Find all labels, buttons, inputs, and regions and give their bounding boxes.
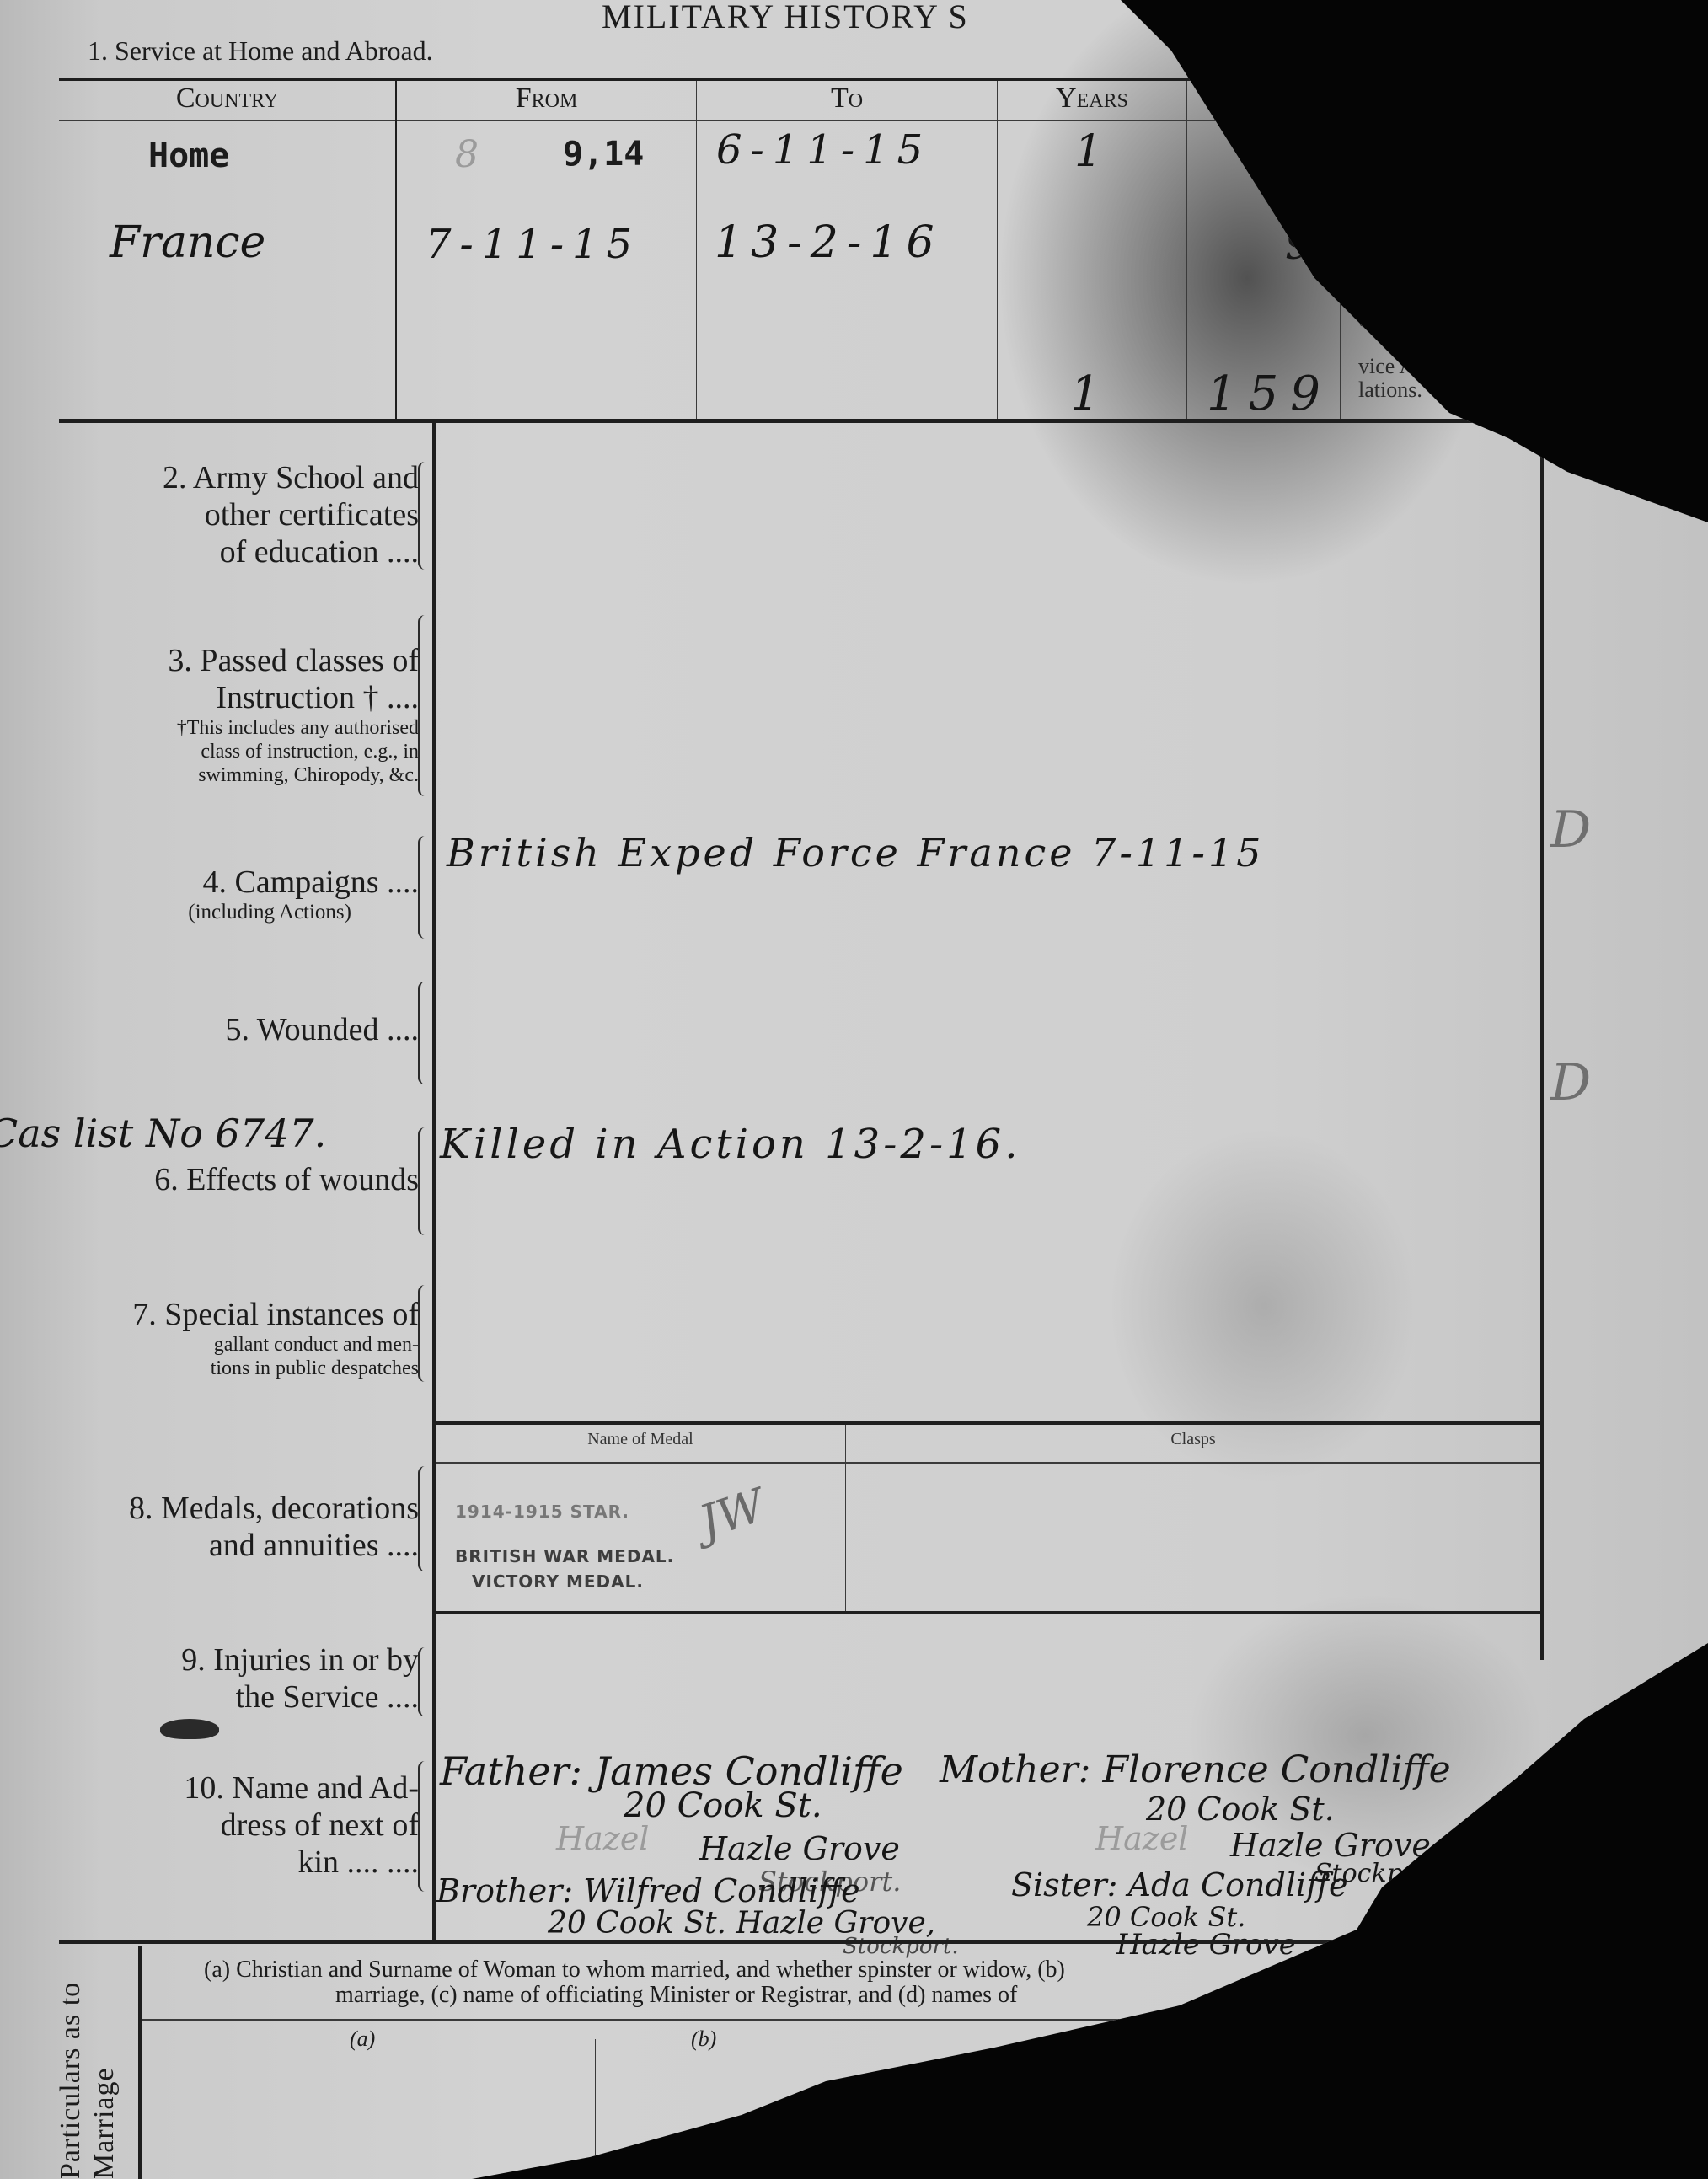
marriage-top-rule: [59, 1940, 1660, 1944]
section-6-label: 6. Effects of wounds: [154, 1161, 419, 1198]
medal-item: BRITISH WAR MEDAL.: [455, 1546, 674, 1566]
row-france-to: 13-2-16: [715, 217, 943, 268]
section-number: 6.: [154, 1162, 179, 1197]
col-divider: [696, 81, 697, 419]
marriage-header-line: marriage, (c) name of officiating Minist…: [335, 1982, 1017, 2009]
nok-father-address: 20 Cook St.: [624, 1786, 822, 1825]
col-header-country: Country: [59, 83, 395, 115]
nok-name: Ada Condliffe: [1128, 1866, 1348, 1903]
col-header-from: From: [397, 83, 696, 115]
label-line: kin .... ....: [184, 1844, 419, 1881]
table-top-rule: [59, 78, 1660, 81]
nok-name: Florence Condliffe: [1102, 1748, 1450, 1791]
margin-mark: D: [1550, 800, 1591, 859]
medal-table-bottom: [436, 1611, 1540, 1614]
marriage-header-rule: [142, 2019, 1658, 2021]
label-line: Campaigns ....: [235, 865, 419, 900]
section-2-label: 2. Army School and other certificates of…: [163, 459, 419, 570]
nok-label: Sister:: [1011, 1866, 1117, 1903]
medal-header-rule: [436, 1462, 1540, 1464]
row-france-days: 99: [1285, 219, 1341, 270]
section-1-heading: 1. Service at Home and Abroad.: [88, 35, 433, 67]
label-line: Army School and: [193, 460, 419, 495]
brace: [418, 1647, 429, 1716]
marriage-side-label: Particulars as to: [55, 1963, 87, 2179]
footnote-line: class of instruction, e.g., in: [168, 740, 419, 763]
section-4-label: 4. Campaigns .... (including Actions): [188, 864, 419, 924]
pencil-note: Hazel: [556, 1820, 649, 1857]
section-number: 3.: [168, 643, 192, 678]
medal-item: 1914-1915 STAR.: [455, 1502, 629, 1522]
marriage-header-line: (a) Christian and Surname of Woman to wh…: [204, 1957, 1065, 1984]
label-sub: (including Actions): [188, 901, 419, 924]
section-5-label: 5. Wounded ....: [225, 1011, 419, 1048]
header-rule: [59, 120, 1660, 121]
label-sub: tions in public despatches: [132, 1357, 419, 1380]
nok-mother-address: 20 Cook St.: [1146, 1791, 1335, 1828]
brace: [418, 1127, 429, 1235]
section-9-label: 9. Injuries in or by the Service ....: [181, 1641, 419, 1716]
label-line: of education ....: [163, 533, 419, 570]
marriage-col-b: (b): [691, 2026, 716, 2052]
label-line: Wounded ....: [257, 1012, 419, 1047]
medal-item: VICTORY MEDAL.: [472, 1571, 644, 1592]
effects-of-wounds-entry: Killed in Action 13-2-16.: [440, 1121, 1020, 1168]
row-home-country: Home: [148, 137, 229, 175]
brace: [418, 836, 429, 939]
section-number: 4.: [203, 865, 228, 900]
total-years: 1: [1070, 367, 1100, 421]
nok-father-address: Hazle Grove: [699, 1830, 900, 1867]
label-line: Injuries in or by: [213, 1642, 419, 1678]
col-header-to: To: [697, 83, 997, 115]
side-label-line: Marriage: [88, 2067, 120, 2179]
marriage-col-a: (a): [350, 2026, 375, 2052]
body-right-rule: [1540, 430, 1544, 1660]
section-10-label: 10. Name and Ad- dress of next of kin ..…: [184, 1769, 419, 1881]
label-line: dress of next of: [184, 1807, 419, 1844]
brace: [418, 982, 429, 1084]
nok-label: Father:: [440, 1748, 582, 1794]
document-page: MILITARY HISTORY S 1. Service at Home an…: [0, 0, 1708, 2179]
service-side-note: un... Fo... vice Ab... lations.: [1358, 308, 1443, 402]
label-line: Passed classes of: [200, 643, 419, 678]
side-note-line: un...: [1358, 308, 1443, 331]
marriage-side-label: Marriage: [88, 2039, 120, 2179]
label-sub: gallant conduct and men-: [132, 1333, 419, 1357]
footnote-line: †This includes any authorised: [168, 716, 419, 740]
campaigns-entry: British Exped Force France 7-11-15: [447, 830, 1265, 875]
document-title: MILITARY HISTORY S: [602, 0, 969, 36]
section-7-label: 7. Special instances of gallant conduct …: [132, 1296, 419, 1380]
section-number: 7.: [132, 1297, 157, 1332]
side-note-line: vice Ab...: [1358, 355, 1443, 378]
brace: [418, 615, 429, 796]
brace: [418, 1285, 429, 1382]
label-line: Name and Ad-: [232, 1770, 419, 1806]
label-line: and annuities ....: [129, 1527, 419, 1564]
brace: [418, 462, 429, 570]
row-france-from: 7-11-15: [426, 221, 640, 268]
label-line: the Service ....: [181, 1678, 419, 1716]
footnote-line: swimming, Chiropody, &c.: [168, 763, 419, 787]
nok-label: Brother:: [436, 1872, 573, 1909]
brace: [418, 1761, 429, 1892]
medal-clasps-header: Clasps: [846, 1430, 1540, 1449]
medal-name-header: Name of Medal: [436, 1430, 845, 1449]
row-home-from-faint: 8: [455, 133, 479, 176]
nok-sister-address: Hazle Grove: [1116, 1928, 1296, 1962]
table-bottom-rule: [59, 419, 1660, 423]
section-number: 5.: [225, 1012, 249, 1047]
nok-label: Mother:: [940, 1748, 1090, 1791]
medal-initials: JW: [693, 1479, 771, 1550]
total-days: 159: [1207, 367, 1332, 421]
nok-name: Wilfred Condliffe: [583, 1872, 859, 1909]
col-divider: [997, 81, 998, 419]
row-home-to: 6-11-15: [716, 126, 931, 174]
col-divider: [395, 81, 397, 419]
label-line: Special instances of: [164, 1297, 419, 1332]
section-number: 8.: [129, 1491, 153, 1526]
label-line: Medals, decorations: [161, 1491, 419, 1526]
side-note-line: Fo...: [1358, 331, 1443, 355]
side-label-line: Particulars as to: [55, 1982, 86, 2179]
label-line: other certificates: [163, 496, 419, 533]
nok-mother: Mother: Florence Condliffe: [940, 1748, 1451, 1791]
body-left-rule: [432, 423, 436, 1940]
label-line: Instruction † ....: [168, 679, 419, 716]
label-line: Effects of wounds: [186, 1162, 419, 1197]
nok-sister: Sister: Ada Condliffe: [1011, 1866, 1348, 1903]
medal-col-divider: [845, 1425, 846, 1611]
section-number: 9.: [181, 1642, 206, 1678]
section-number: 2.: [163, 460, 187, 495]
row-home-from: 9,14: [563, 135, 644, 174]
col-divider: [1340, 278, 1341, 419]
ink-blot: [160, 1719, 219, 1739]
marriage-col-divider: [595, 2039, 596, 2179]
brace: [418, 1466, 429, 1571]
marriage-left-rule: [138, 1946, 142, 2179]
side-note-line: lations.: [1358, 378, 1443, 402]
section-3-label: 3. Passed classes of Instruction † .... …: [168, 642, 419, 787]
row-home-years: 1: [1074, 126, 1102, 177]
col-divider: [1186, 81, 1187, 419]
nok-brother-address: Stockport.: [843, 1934, 959, 1959]
section-number: 10.: [184, 1770, 224, 1806]
col-header-years: Years: [998, 83, 1186, 115]
casualty-list-note: Cas list No 6747.: [0, 1111, 326, 1156]
section-8-label: 8. Medals, decorations and annuities ...…: [129, 1490, 419, 1564]
margin-mark: D: [1550, 1053, 1591, 1112]
nok-brother: Brother: Wilfred Condliffe: [436, 1872, 860, 1909]
medal-table-top: [436, 1421, 1540, 1425]
row-france-country: France: [110, 217, 265, 268]
